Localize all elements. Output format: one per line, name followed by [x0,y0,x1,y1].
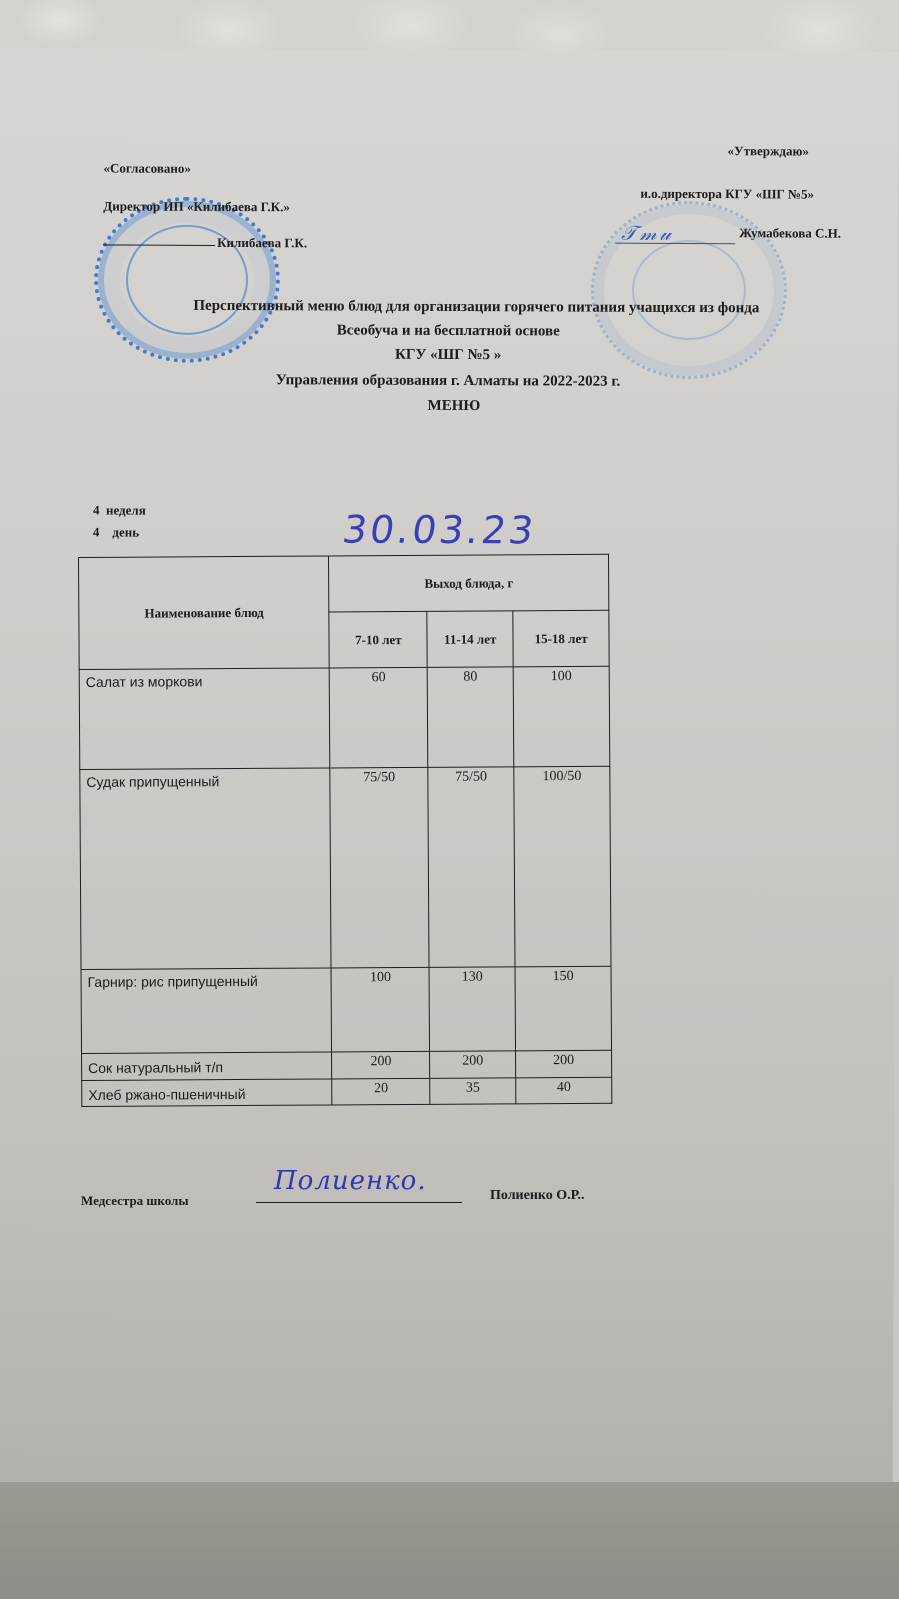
handwritten-date: 30.03.23 [340,508,540,553]
approval-right-heading: «Утверждаю» [728,143,809,159]
approval-left-signatory: Килибаева Г.К. [217,235,307,251]
table-row: Салат из моркови 60 80 100 [79,666,610,769]
approval-right-signature: 𝒯𝓂𝓊 [621,221,674,245]
dish-value: 60 [330,667,428,768]
approval-left-heading: «Согласовано» [103,160,190,176]
footer-role: Медсестра школы [81,1193,189,1209]
document-title-line-3: КГУ «ШГ №5 » [0,345,898,366]
day-label: 4 день [93,524,139,540]
dish-value: 80 [427,667,513,768]
header-output: Выход блюда, г [329,554,609,612]
header-dish-name: Наименование блюд [79,556,330,670]
dish-name: Хлеб ржано-пшеничный [82,1079,333,1107]
table-row: Судак припущенный 75/50 75/50 100/50 [80,766,611,969]
table-row: Сок натуральный т/п 200 200 200 [82,1050,612,1080]
dish-value: 35 [430,1078,516,1105]
approval-right-signatory: Жумабекова С.Н. [739,225,841,241]
dish-value: 75/50 [428,767,515,968]
menu-table: Наименование блюд Выход блюда, г 7-10 ле… [78,554,612,1107]
footer-signature-line [256,1202,462,1203]
dish-value: 100 [331,967,429,1052]
dish-value: 150 [515,966,611,1051]
dish-value: 40 [516,1077,612,1104]
dish-value: 200 [332,1051,430,1079]
approval-right-position: и.о.директора КГУ «ШГ №5» [640,186,814,203]
table-row: Хлеб ржано-пшеничный 20 35 40 [82,1077,612,1106]
header-age-15-18: 15-18 лет [513,610,609,667]
dish-name: Салат из моркови [79,668,330,770]
handwritten-signature: Полиенко. [274,1166,427,1196]
dish-name: Гарнир: рис припущенный [81,968,332,1054]
dish-value: 100/50 [514,766,611,967]
document-title-line-4: Управления образования г. Алматы на 2022… [0,371,898,392]
approval-left-position: Директор ИП «Килибаева Г.К.» [103,198,290,215]
document-title-menu: МЕНЮ [4,396,899,417]
dish-value: 75/50 [330,767,429,968]
dish-value: 200 [430,1051,516,1079]
dish-value: 200 [516,1050,612,1078]
dish-name: Сок натуральный т/п [82,1052,333,1081]
dish-value: 100 [513,666,610,767]
dish-value: 130 [429,967,515,1052]
header-age-11-14: 11-14 лет [427,611,513,668]
dish-value: 20 [332,1078,430,1105]
header-age-7-10: 7-10 лет [329,611,427,668]
dish-name: Судак припущенный [80,768,332,970]
week-label: 4 неделя [93,502,146,518]
table-row: Гарнир: рис припущенный 100 130 150 [81,966,612,1053]
background-surface [0,1482,899,1599]
footer-signatory: Полиенко О.Р.. [490,1188,584,1204]
